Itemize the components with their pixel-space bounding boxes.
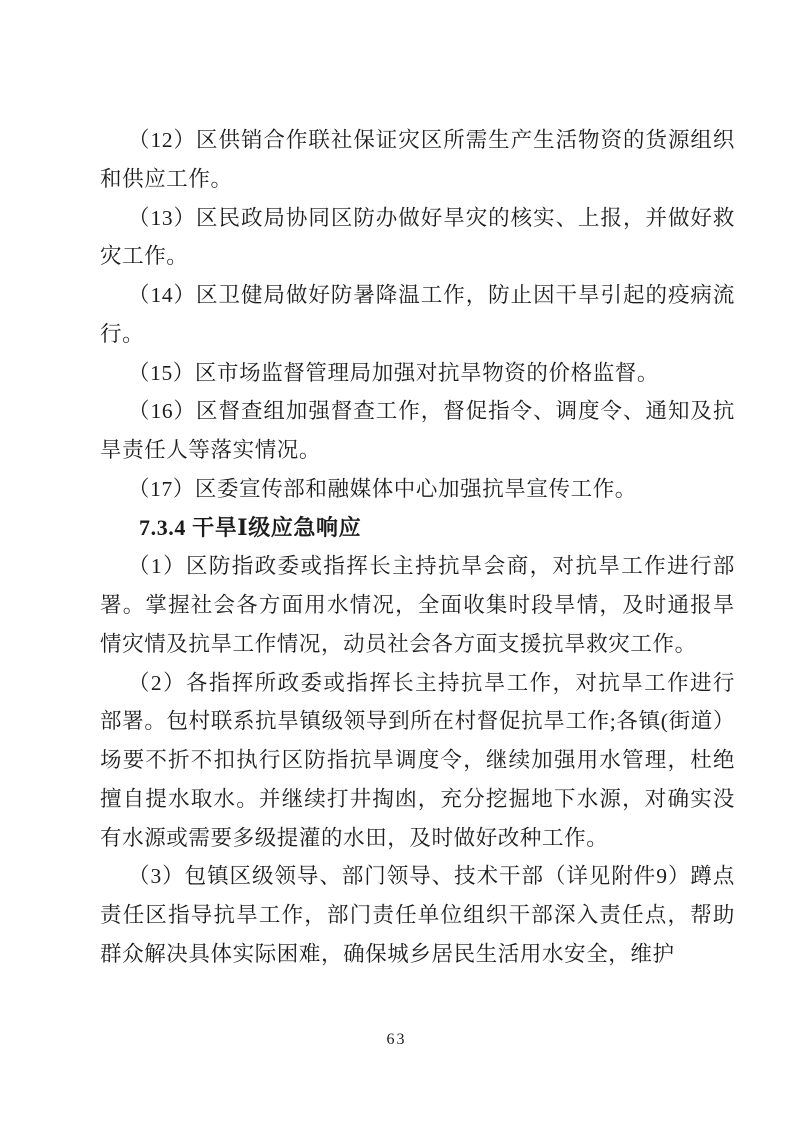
document-body: （12）区供销合作联社保证灾区所需生产生活物资的货源组织和供应工作。 （13）区…: [100, 121, 735, 974]
paragraph-item-12: （12）区供销合作联社保证灾区所需生产生活物资的货源组织和供应工作。: [100, 121, 735, 199]
paragraph-item-13: （13）区民政局协同区防办做好旱灾的核实、上报，并做好救灾工作。: [100, 199, 735, 277]
paragraph-item-14: （14）区卫健局做好防暑降温工作，防止因干旱引起的疫病流行。: [100, 276, 735, 354]
paragraph-item-2: （2）各指挥所政委或指挥长主持抗旱工作，对抗旱工作进行部署。包村联系抗旱镇级领导…: [100, 664, 735, 858]
page-footer: 63: [0, 1031, 793, 1049]
document-page: （12）区供销合作联社保证灾区所需生产生活物资的货源组织和供应工作。 （13）区…: [0, 0, 793, 1122]
paragraph-item-3: （3）包镇区级领导、部门领导、技术干部（详见附件9）蹲点责任区指导抗旱工作，部门…: [100, 857, 735, 973]
paragraph-item-16: （16）区督查组加强督查工作，督促指令、调度令、通知及抗旱责任人等落实情况。: [100, 392, 735, 470]
paragraph-item-17: （17）区委宣传部和融媒体中心加强抗旱宣传工作。: [100, 470, 735, 509]
page-number: 63: [387, 1031, 407, 1048]
section-heading-7-3-4: 7.3.4 干旱Ⅰ级应急响应: [100, 509, 735, 548]
paragraph-item-15: （15）区市场监督管理局加强对抗旱物资的价格监督。: [100, 354, 735, 393]
paragraph-item-1: （1）区防指政委或指挥长主持抗旱会商，对抗旱工作进行部署。掌握社会各方面用水情况…: [100, 547, 735, 663]
